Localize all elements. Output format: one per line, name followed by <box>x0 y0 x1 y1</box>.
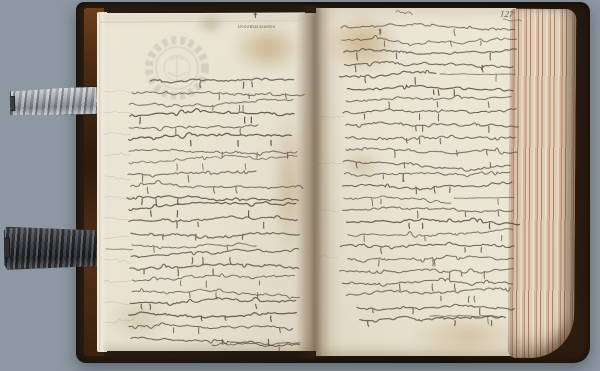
right-page <box>316 8 516 356</box>
metal-clasp-bottom <box>4 225 101 270</box>
page-number: 127 <box>500 8 514 19</box>
seal-small-print: Diezmarauedis <box>238 25 276 30</box>
embossed-seal-icon <box>140 28 214 108</box>
page-top-edges <box>100 12 305 22</box>
fore-edge-page-stack <box>508 9 576 358</box>
photo-background: ✝ Diezmarauedis SELLO QVARTO, DIEZ MARA … <box>0 0 600 371</box>
cross-mark: ✝ <box>252 11 259 20</box>
metal-clasp-top <box>10 86 99 117</box>
